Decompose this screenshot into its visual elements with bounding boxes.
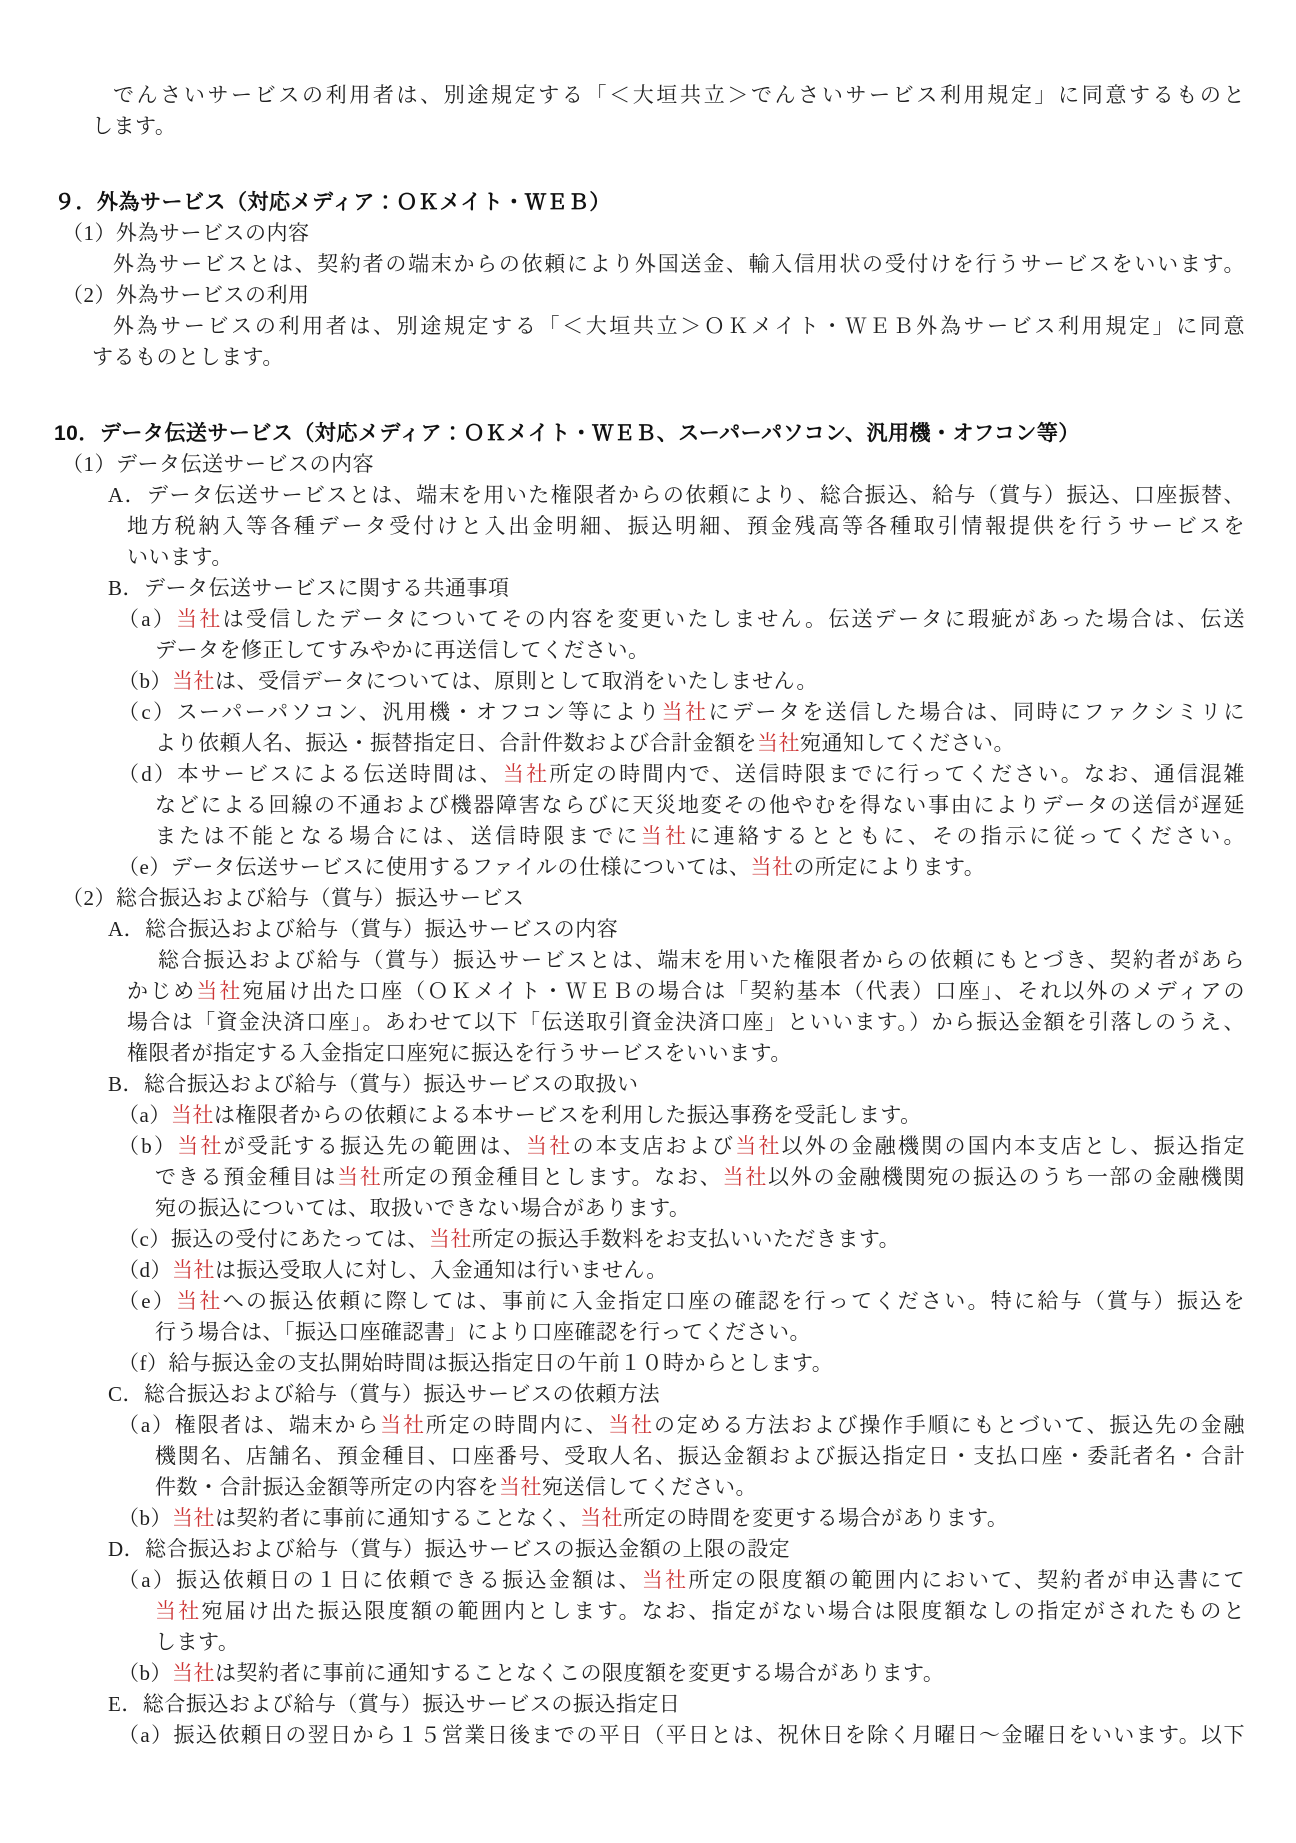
text-segment: 行う場合は、「振込口座確認書」により口座確認を行ってください。 (155, 1320, 811, 1344)
text-segment: は契約者に事前に通知することなく、 (215, 1506, 580, 1530)
document-line: E．総合振込および給与（賞与）振込サービスの振込指定日 (0, 1689, 1296, 1720)
company-term-red: 当社 (580, 1506, 623, 1530)
document-line: （b）当社は契約者に事前に通知することなくこの限度額を変更する場合があります。 (0, 1658, 1296, 1689)
text-segment: （e） (118, 1289, 176, 1313)
blank-line (0, 373, 1296, 418)
text-segment: （b） (118, 1134, 177, 1158)
text-segment: ９．外為サービス（対応メディア：ＯＫメイト・ＷＥＢ） (54, 191, 611, 214)
company-term-red: 当社 (172, 669, 215, 693)
document-line: （c）スーパーパソコン、汎用機・オフコン等により当社にデータを送信した場合は、同… (0, 697, 1296, 728)
text-segment: または不能となる場合には、送信時限までに (155, 824, 641, 848)
company-term-red: 当社 (429, 1227, 472, 1251)
text-segment: 外為サービスとは、契約者の端末からの依頼により外国送金、輸入信用状の受付けを行う… (113, 252, 1245, 276)
document-line: （b）当社は、受信データについては、原則として取消をいたしません。 (0, 666, 1296, 697)
text-segment: より依頼人名、振込・振替指定日、合計件数および合計金額を (155, 731, 757, 755)
text-segment: 場合は「資金決済口座」。あわせて以下「伝送取引資金決済口座」といいます。）から振… (127, 1010, 1245, 1034)
document-line: （1）データ伝送サービスの内容 (0, 449, 1296, 480)
document-line: （b）当社が受託する振込先の範囲は、当社の本支店および当社以外の金融機関の国内本… (0, 1131, 1296, 1162)
text-segment: E．総合振込および給与（賞与）振込サービスの振込指定日 (108, 1692, 680, 1716)
document-line: します。 (0, 1627, 1296, 1658)
text-segment: の所定によります。 (793, 855, 985, 879)
document-line: （2）外為サービスの利用 (0, 280, 1296, 311)
document-line: できる預金種目は当社所定の預金種目とします。なお、当社以外の金融機関宛の振込のう… (0, 1162, 1296, 1193)
company-term-red: 当社 (642, 1568, 689, 1592)
text-segment: でんさいサービスの利用者は、別途規定する「＜大垣共立＞でんさいサービス利用規定」… (113, 83, 1245, 107)
text-segment: （a） (118, 607, 176, 631)
document-line: より依頼人名、振込・振替指定日、合計件数および合計金額を当社宛通知してください。 (0, 728, 1296, 759)
text-segment: （e）データ伝送サービスに使用するファイルの仕様については、 (118, 855, 750, 879)
document-line: 当社宛届け出た振込限度額の範囲内とします。なお、指定がない場合は限度額なしの指定… (0, 1596, 1296, 1627)
document-line: （a）当社は受信したデータについてその内容を変更いたしません。伝送データに瑕疵が… (0, 604, 1296, 635)
text-segment: が受託する振込先の範囲は、 (224, 1134, 526, 1158)
text-segment: （a）権限者は、端末から (118, 1413, 380, 1437)
company-term-red: 当社 (380, 1413, 426, 1437)
document-page: でんさいサービスの利用者は、別途規定する「＜大垣共立＞でんさいサービス利用規定」… (0, 0, 1296, 1843)
document-line: 外為サービスとは、契約者の端末からの依頼により外国送金、輸入信用状の受付けを行う… (0, 249, 1296, 280)
text-segment: にデータを送信した場合は、同時にファクシミリに (709, 700, 1246, 724)
text-segment: します。 (92, 114, 176, 138)
company-term-red: 当社 (503, 762, 550, 786)
company-term-red: 当社 (641, 824, 690, 848)
text-segment: （b） (118, 1661, 172, 1685)
document-line: 場合は「資金決済口座」。あわせて以下「伝送取引資金決済口座」といいます。）から振… (0, 1007, 1296, 1038)
text-segment: かじめ (127, 979, 196, 1003)
text-segment: 権限者が指定する入金指定口座宛に振込を行うサービスをいいます。 (127, 1041, 792, 1065)
text-segment: B．データ伝送サービスに関する共通事項 (108, 576, 510, 600)
text-segment: 宛届け出た振込限度額の範囲内とします。なお、指定がない場合は限度額なしの指定がさ… (202, 1599, 1245, 1623)
text-segment: いいます。 (127, 545, 233, 569)
text-segment: 所定の時間内に、 (426, 1413, 609, 1437)
text-segment: 宛届け出た口座（ＯＫメイト・ＷＥＢの場合は「契約基本（代表）口座」、それ以外のメ… (243, 979, 1245, 1003)
text-segment: します。 (155, 1630, 239, 1654)
company-term-red: 当社 (337, 1165, 383, 1189)
text-segment: は受信したデータについてその内容を変更いたしません。伝送データに瑕疵があった場合… (223, 607, 1245, 631)
document-line: かじめ当社宛届け出た口座（ＯＫメイト・ＷＥＢの場合は「契約基本（代表）口座」、そ… (0, 976, 1296, 1007)
document-line: 行う場合は、「振込口座確認書」により口座確認を行ってください。 (0, 1317, 1296, 1348)
text-segment: （b） (118, 669, 172, 693)
text-segment: 以外の金融機関宛の振込のうち一部の金融機関 (768, 1165, 1245, 1189)
text-segment: は振込受取人に対し、入金通知は行いません。 (215, 1258, 668, 1282)
document-line: などによる回線の不通および機器障害ならびに天災地変その他やむを得ない事由によりデ… (0, 790, 1296, 821)
company-term-red: 当社 (757, 731, 800, 755)
text-segment: （a） (118, 1103, 171, 1127)
company-term-red: 当社 (526, 1134, 573, 1158)
text-segment: B．総合振込および給与（賞与）振込サービスの取扱い (108, 1072, 639, 1096)
document-line: するものとします。 (0, 342, 1296, 373)
text-segment: できる預金種目は (155, 1165, 337, 1189)
company-term-red: 当社 (171, 1103, 214, 1127)
document-line: 外為サービスの利用者は、別途規定する「＜大垣共立＞ＯＫメイト・ＷＥＢ外為サービス… (0, 311, 1296, 342)
company-term-red: 当社 (723, 1165, 769, 1189)
text-segment: 所定の預金種目とします。なお、 (383, 1165, 723, 1189)
document-line: 権限者が指定する入金指定口座宛に振込を行うサービスをいいます。 (0, 1038, 1296, 1069)
section-heading: ９．外為サービス（対応メディア：ＯＫメイト・ＷＥＢ） (0, 187, 1296, 218)
document-line: （a）権限者は、端末から当社所定の時間内に、当社の定める方法および操作手順にもと… (0, 1410, 1296, 1441)
company-term-red: 当社 (750, 855, 793, 879)
text-segment: は権限者からの依頼による本サービスを利用した振込事務を受託します。 (214, 1103, 922, 1127)
document-line: または不能となる場合には、送信時限までに当社に連絡するとともに、その指示に従って… (0, 821, 1296, 852)
text-segment: （a）振込依頼日の翌日から１５営業日後までの平日（平日とは、祝休日を除く月曜日～… (118, 1723, 1245, 1747)
text-segment: 機関名、店舗名、預金種目、口座番号、受取人名、振込金額および振込指定日・支払口座… (155, 1444, 1245, 1468)
document-line: C．総合振込および給与（賞与）振込サービスの依頼方法 (0, 1379, 1296, 1410)
company-term-red: 当社 (196, 979, 242, 1003)
text-segment: 総合振込および給与（賞与）振込サービスとは、端末を用いた権限者からの依頼にもとづ… (158, 948, 1245, 972)
text-segment: 地方税納入等各種データ受付けと入出金明細、振込明細、預金残高等各種取引情報提供を… (127, 514, 1245, 538)
document-line: （e）当社への振込依頼に際しては、事前に入金指定口座の確認を行ってください。特に… (0, 1286, 1296, 1317)
document-line: （a）振込依頼日の翌日から１５営業日後までの平日（平日とは、祝休日を除く月曜日～… (0, 1720, 1296, 1751)
company-term-red: 当社 (177, 1134, 224, 1158)
text-segment: （f）給与振込金の支払開始時間は振込指定日の午前１０時からとします。 (118, 1351, 833, 1375)
blank-line (0, 142, 1296, 187)
document-line: 機関名、店舗名、預金種目、口座番号、受取人名、振込金額および振込指定日・支払口座… (0, 1441, 1296, 1472)
text-segment: 所定の振込手数料をお支払いいただきます。 (472, 1227, 900, 1251)
text-segment: 所定の限度額の範囲内において、契約者が申込書にて (688, 1568, 1245, 1592)
company-term-red: 当社 (172, 1258, 215, 1282)
document-line: （a）振込依頼日の１日に依頼できる振込金額は、当社所定の限度額の範囲内において、… (0, 1565, 1296, 1596)
text-segment: （d）本サービスによる伝送時間は、 (118, 762, 503, 786)
text-segment: データを修正してすみやかに再送信してください。 (155, 638, 650, 662)
company-term-red: 当社 (662, 700, 709, 724)
text-segment: するものとします。 (92, 345, 284, 369)
document-line: （d）本サービスによる伝送時間は、当社所定の時間内で、送信時限までに行ってくださ… (0, 759, 1296, 790)
text-segment: C．総合振込および給与（賞与）振込サービスの依頼方法 (108, 1382, 660, 1406)
text-segment: は契約者に事前に通知することなくこの限度額を変更する場合があります。 (215, 1661, 944, 1685)
text-segment: （c）振込の受付にあたっては、 (118, 1227, 429, 1251)
document-line: A．データ伝送サービスとは、端末を用いた権限者からの依頼により、総合振込、給与（… (0, 480, 1296, 511)
document-line: でんさいサービスの利用者は、別途規定する「＜大垣共立＞でんさいサービス利用規定」… (0, 80, 1296, 111)
document-line: （e）データ伝送サービスに使用するファイルの仕様については、当社の所定によります… (0, 852, 1296, 883)
text-segment: などによる回線の不通および機器障害ならびに天災地変その他やむを得ない事由によりデ… (155, 793, 1245, 817)
text-segment: 以外の金融機関の国内本支店とし、振込指定 (782, 1134, 1245, 1158)
company-term-red: 当社 (735, 1134, 782, 1158)
text-segment: （1）外為サービスの内容 (62, 221, 310, 245)
text-segment: （c）スーパーパソコン、汎用機・オフコン等により (118, 700, 662, 724)
document-line: （2）総合振込および給与（賞与）振込サービス (0, 883, 1296, 914)
document-line: 地方税納入等各種データ受付けと入出金明細、振込明細、預金残高等各種取引情報提供を… (0, 511, 1296, 542)
company-term-red: 当社 (608, 1413, 654, 1437)
text-segment: 10．データ伝送サービス（対応メディア：ＯＫメイト・ＷＥＢ、スーパーパソコン、汎… (54, 422, 1080, 445)
text-segment: 外為サービスの利用者は、別途規定する「＜大垣共立＞ＯＫメイト・ＷＥＢ外為サービス… (113, 314, 1245, 338)
text-segment: に連絡するとともに、その指示に従ってください。 (689, 824, 1245, 848)
company-term-red: 当社 (176, 607, 223, 631)
text-segment: への振込依頼に際しては、事前に入金指定口座の確認を行ってください。特に給与（賞与… (223, 1289, 1245, 1313)
document-line: します。 (0, 111, 1296, 142)
text-segment: 宛通知してください。 (800, 731, 1015, 755)
document-line: いいます。 (0, 542, 1296, 573)
company-term-red: 当社 (176, 1289, 223, 1313)
company-term-red: 当社 (155, 1599, 202, 1623)
document-line: （c）振込の受付にあたっては、当社所定の振込手数料をお支払いいただきます。 (0, 1224, 1296, 1255)
document-line: 総合振込および給与（賞与）振込サービスとは、端末を用いた権限者からの依頼にもとづ… (0, 945, 1296, 976)
text-segment: 所定の時間を変更する場合があります。 (623, 1506, 1008, 1530)
section-heading: 10．データ伝送サービス（対応メディア：ＯＫメイト・ＷＥＢ、スーパーパソコン、汎… (0, 418, 1296, 449)
text-segment: （1）データ伝送サービスの内容 (62, 452, 374, 476)
document-line: （a）当社は権限者からの依頼による本サービスを利用した振込事務を受託します。 (0, 1100, 1296, 1131)
text-segment: A．データ伝送サービスとは、端末を用いた権限者からの依頼により、総合振込、給与（… (108, 483, 1245, 507)
text-segment: （a）振込依頼日の１日に依頼できる振込金額は、 (118, 1568, 642, 1592)
text-segment: 所定の時間内で、送信時限までに行ってください。なお、通信混雑 (549, 762, 1245, 786)
text-segment: 件数・合計振込金額等所定の内容を (155, 1475, 499, 1499)
text-segment: （b） (118, 1506, 172, 1530)
document-line: B．データ伝送サービスに関する共通事項 (0, 573, 1296, 604)
document-line: データを修正してすみやかに再送信してください。 (0, 635, 1296, 666)
text-segment: の本支店および (573, 1134, 736, 1158)
text-segment: D．総合振込および給与（賞与）振込サービスの振込金額の上限の設定 (108, 1537, 790, 1561)
document-line: （d）当社は振込受取人に対し、入金通知は行いません。 (0, 1255, 1296, 1286)
text-segment: 宛の振込については、取扱いできない場合があります。 (155, 1196, 690, 1220)
document-line: B．総合振込および給与（賞与）振込サービスの取扱い (0, 1069, 1296, 1100)
text-segment: A．総合振込および給与（賞与）振込サービスの内容 (108, 917, 618, 941)
text-segment: （2）総合振込および給与（賞与）振込サービス (62, 886, 525, 910)
company-term-red: 当社 (499, 1475, 542, 1499)
company-term-red: 当社 (172, 1506, 215, 1530)
document-line: （b）当社は契約者に事前に通知することなく、当社所定の時間を変更する場合がありま… (0, 1503, 1296, 1534)
text-segment: （2）外為サービスの利用 (62, 283, 310, 307)
document-line: D．総合振込および給与（賞与）振込サービスの振込金額の上限の設定 (0, 1534, 1296, 1565)
text-segment: （d） (118, 1258, 172, 1282)
document-line: 件数・合計振込金額等所定の内容を当社宛送信してください。 (0, 1472, 1296, 1503)
text-segment: は、受信データについては、原則として取消をいたしません。 (215, 669, 818, 693)
text-segment: 宛送信してください。 (542, 1475, 757, 1499)
text-segment: の定める方法および操作手順にもとづいて、振込先の金融 (654, 1413, 1245, 1437)
document-line: （f）給与振込金の支払開始時間は振込指定日の午前１０時からとします。 (0, 1348, 1296, 1379)
document-line: A．総合振込および給与（賞与）振込サービスの内容 (0, 914, 1296, 945)
company-term-red: 当社 (172, 1661, 215, 1685)
document-line: 宛の振込については、取扱いできない場合があります。 (0, 1193, 1296, 1224)
document-line: （1）外為サービスの内容 (0, 218, 1296, 249)
